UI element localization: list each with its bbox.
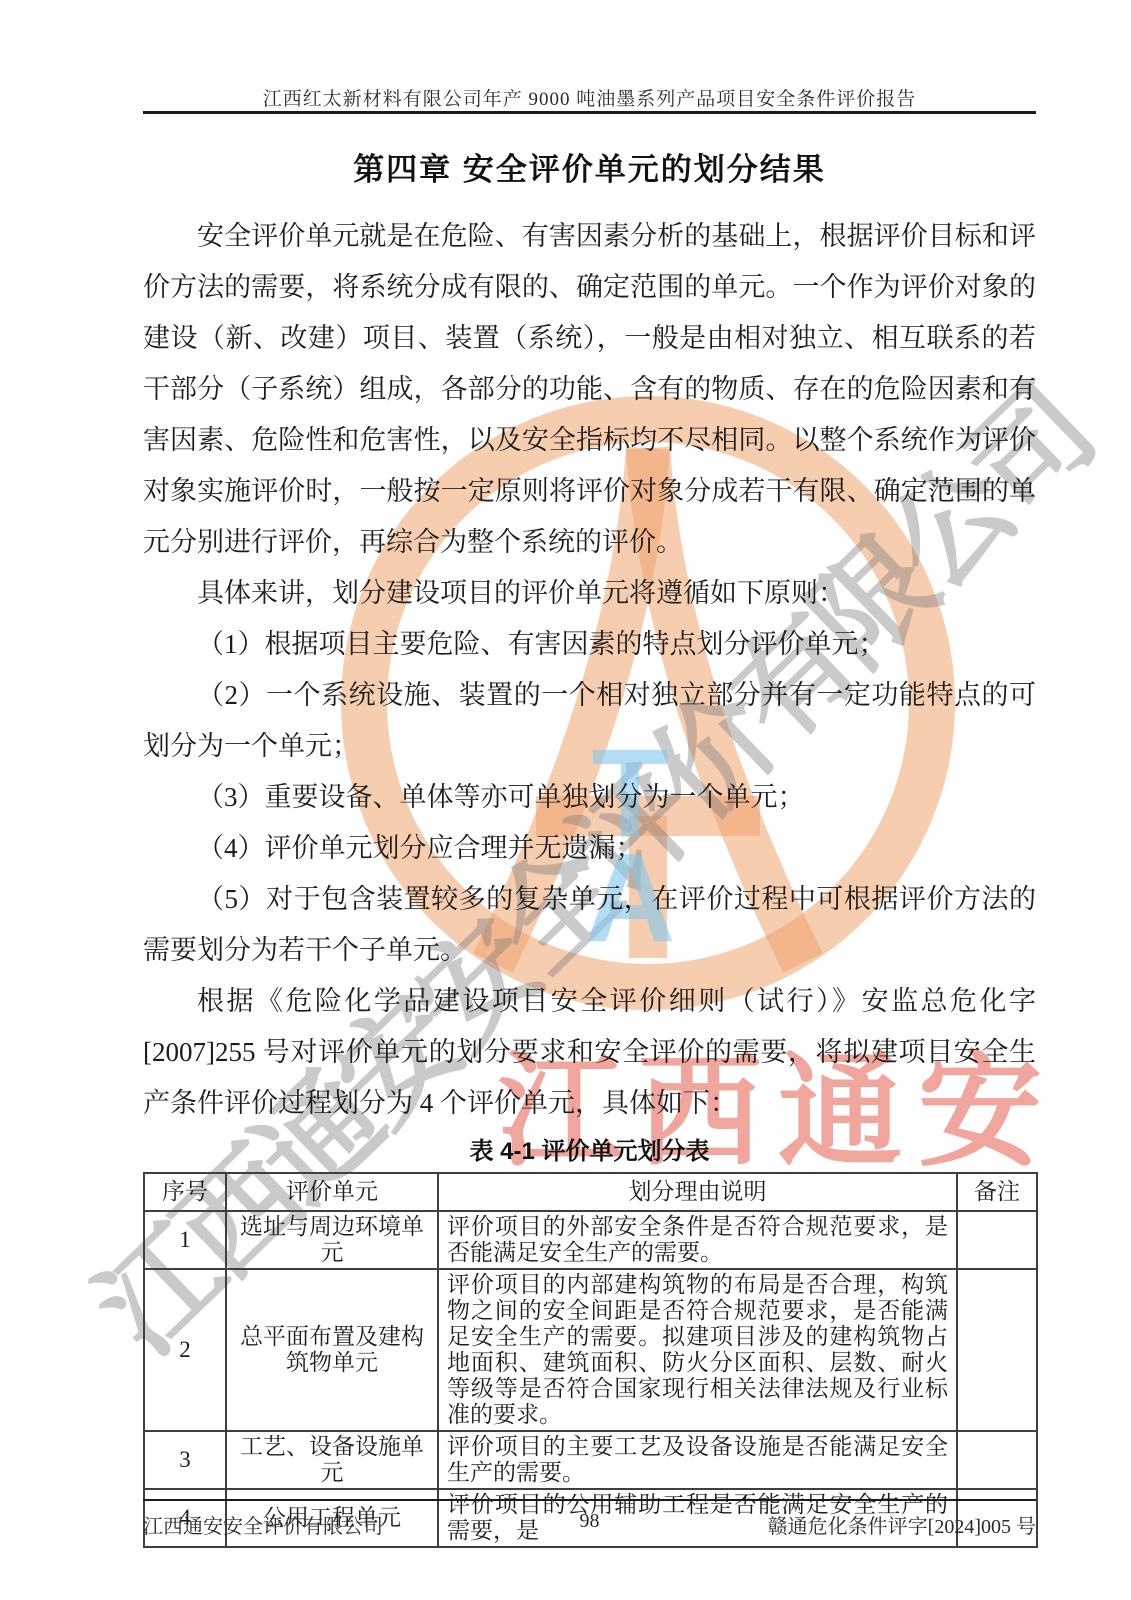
cell-unit: 总平面布置及建构筑物单元: [226, 1269, 438, 1431]
cell-no: 1: [144, 1211, 226, 1269]
col-header-note: 备注: [957, 1173, 1037, 1211]
table-row: 1选址与周边环境单元评价项目的外部安全条件是否符合规范要求，是否能满足安全生产的…: [144, 1211, 1037, 1269]
col-header-no: 序号: [144, 1173, 226, 1211]
running-header: 江西红太新材料有限公司年产 9000 吨油墨系列产品项目安全条件评价报告: [143, 84, 1036, 111]
body-paragraph: （5）对于包含装置较多的复杂单元，在评价过程中可根据评价方法的需要划分为若干个子…: [143, 874, 1036, 976]
table-header-row: 序号 评价单元 划分理由说明 备注: [144, 1173, 1037, 1211]
cell-note: [957, 1211, 1037, 1269]
body-paragraph: （2）一个系统设施、装置的一个相对独立部分并有一定功能特点的可划分为一个单元；: [143, 670, 1036, 772]
main-body: 安全评价单元就是在危险、有害因素分析的基础上，根据评价目标和评价方法的需要，将系…: [143, 211, 1036, 1548]
cell-unit: 选址与周边环境单元: [226, 1211, 438, 1269]
cell-no: 3: [144, 1431, 226, 1489]
page-content: 江西红太新材料有限公司年产 9000 吨油墨系列产品项目安全条件评价报告 第四章…: [0, 0, 1131, 1600]
header-rule: [143, 111, 1036, 114]
footer-company: 江西通安安全评价有限公司: [143, 1510, 383, 1539]
body-paragraph: （1）根据项目主要危险、有害因素的特点划分评价单元；: [143, 619, 1036, 670]
evaluation-unit-table: 序号 评价单元 划分理由说明 备注 1选址与周边环境单元评价项目的外部安全条件是…: [143, 1172, 1038, 1548]
col-header-unit: 评价单元: [226, 1173, 438, 1211]
cell-no: 2: [144, 1269, 226, 1431]
cell-reason: 评价项目的内部建构筑物的布局是否合理，构筑物之间的安全间距是否符合规范要求，是否…: [438, 1269, 957, 1431]
body-paragraph: 根据《危险化学品建设项目安全评价细则（试行）》安监总危化字[2007]255 号…: [143, 976, 1036, 1129]
col-header-reason: 划分理由说明: [438, 1173, 957, 1211]
chapter-title: 第四章 安全评价单元的划分结果: [143, 144, 1036, 189]
body-paragraph: （3）重要设备、单体等亦可单独划分为一个单元；: [143, 772, 1036, 823]
cell-note: [957, 1269, 1037, 1431]
body-paragraph: （4）评价单元划分应合理并无遗漏；: [143, 823, 1036, 874]
cell-reason: 评价项目的外部安全条件是否符合规范要求，是否能满足安全生产的需要。: [438, 1211, 957, 1269]
page-footer: 98 江西通安安全评价有限公司 赣通危化条件评字[2024]005 号: [143, 1499, 1036, 1539]
body-paragraph: 具体来讲，划分建设项目的评价单元将遵循如下原则：: [143, 568, 1036, 619]
table-row: 2总平面布置及建构筑物单元评价项目的内部建构筑物的布局是否合理，构筑物之间的安全…: [144, 1269, 1037, 1431]
cell-unit: 工艺、设备设施单元: [226, 1431, 438, 1489]
cell-note: [957, 1431, 1037, 1489]
table-row: 3工艺、设备设施单元评价项目的主要工艺及设备设施是否能满足安全生产的需要。: [144, 1431, 1037, 1489]
document-page: 江西通安安全评价有限公司 TA 江西通安 江西红太新材料有限公司年产 9000 …: [0, 0, 1131, 1600]
footer-document-number: 赣通危化条件评字[2024]005 号: [768, 1510, 1036, 1539]
body-paragraph: 安全评价单元就是在危险、有害因素分析的基础上，根据评价目标和评价方法的需要，将系…: [143, 211, 1036, 568]
body-paragraphs: 安全评价单元就是在危险、有害因素分析的基础上，根据评价目标和评价方法的需要，将系…: [143, 211, 1036, 1129]
cell-reason: 评价项目的主要工艺及设备设施是否能满足安全生产的需要。: [438, 1431, 957, 1489]
table-title: 表 4-1 评价单元划分表: [143, 1131, 1036, 1166]
